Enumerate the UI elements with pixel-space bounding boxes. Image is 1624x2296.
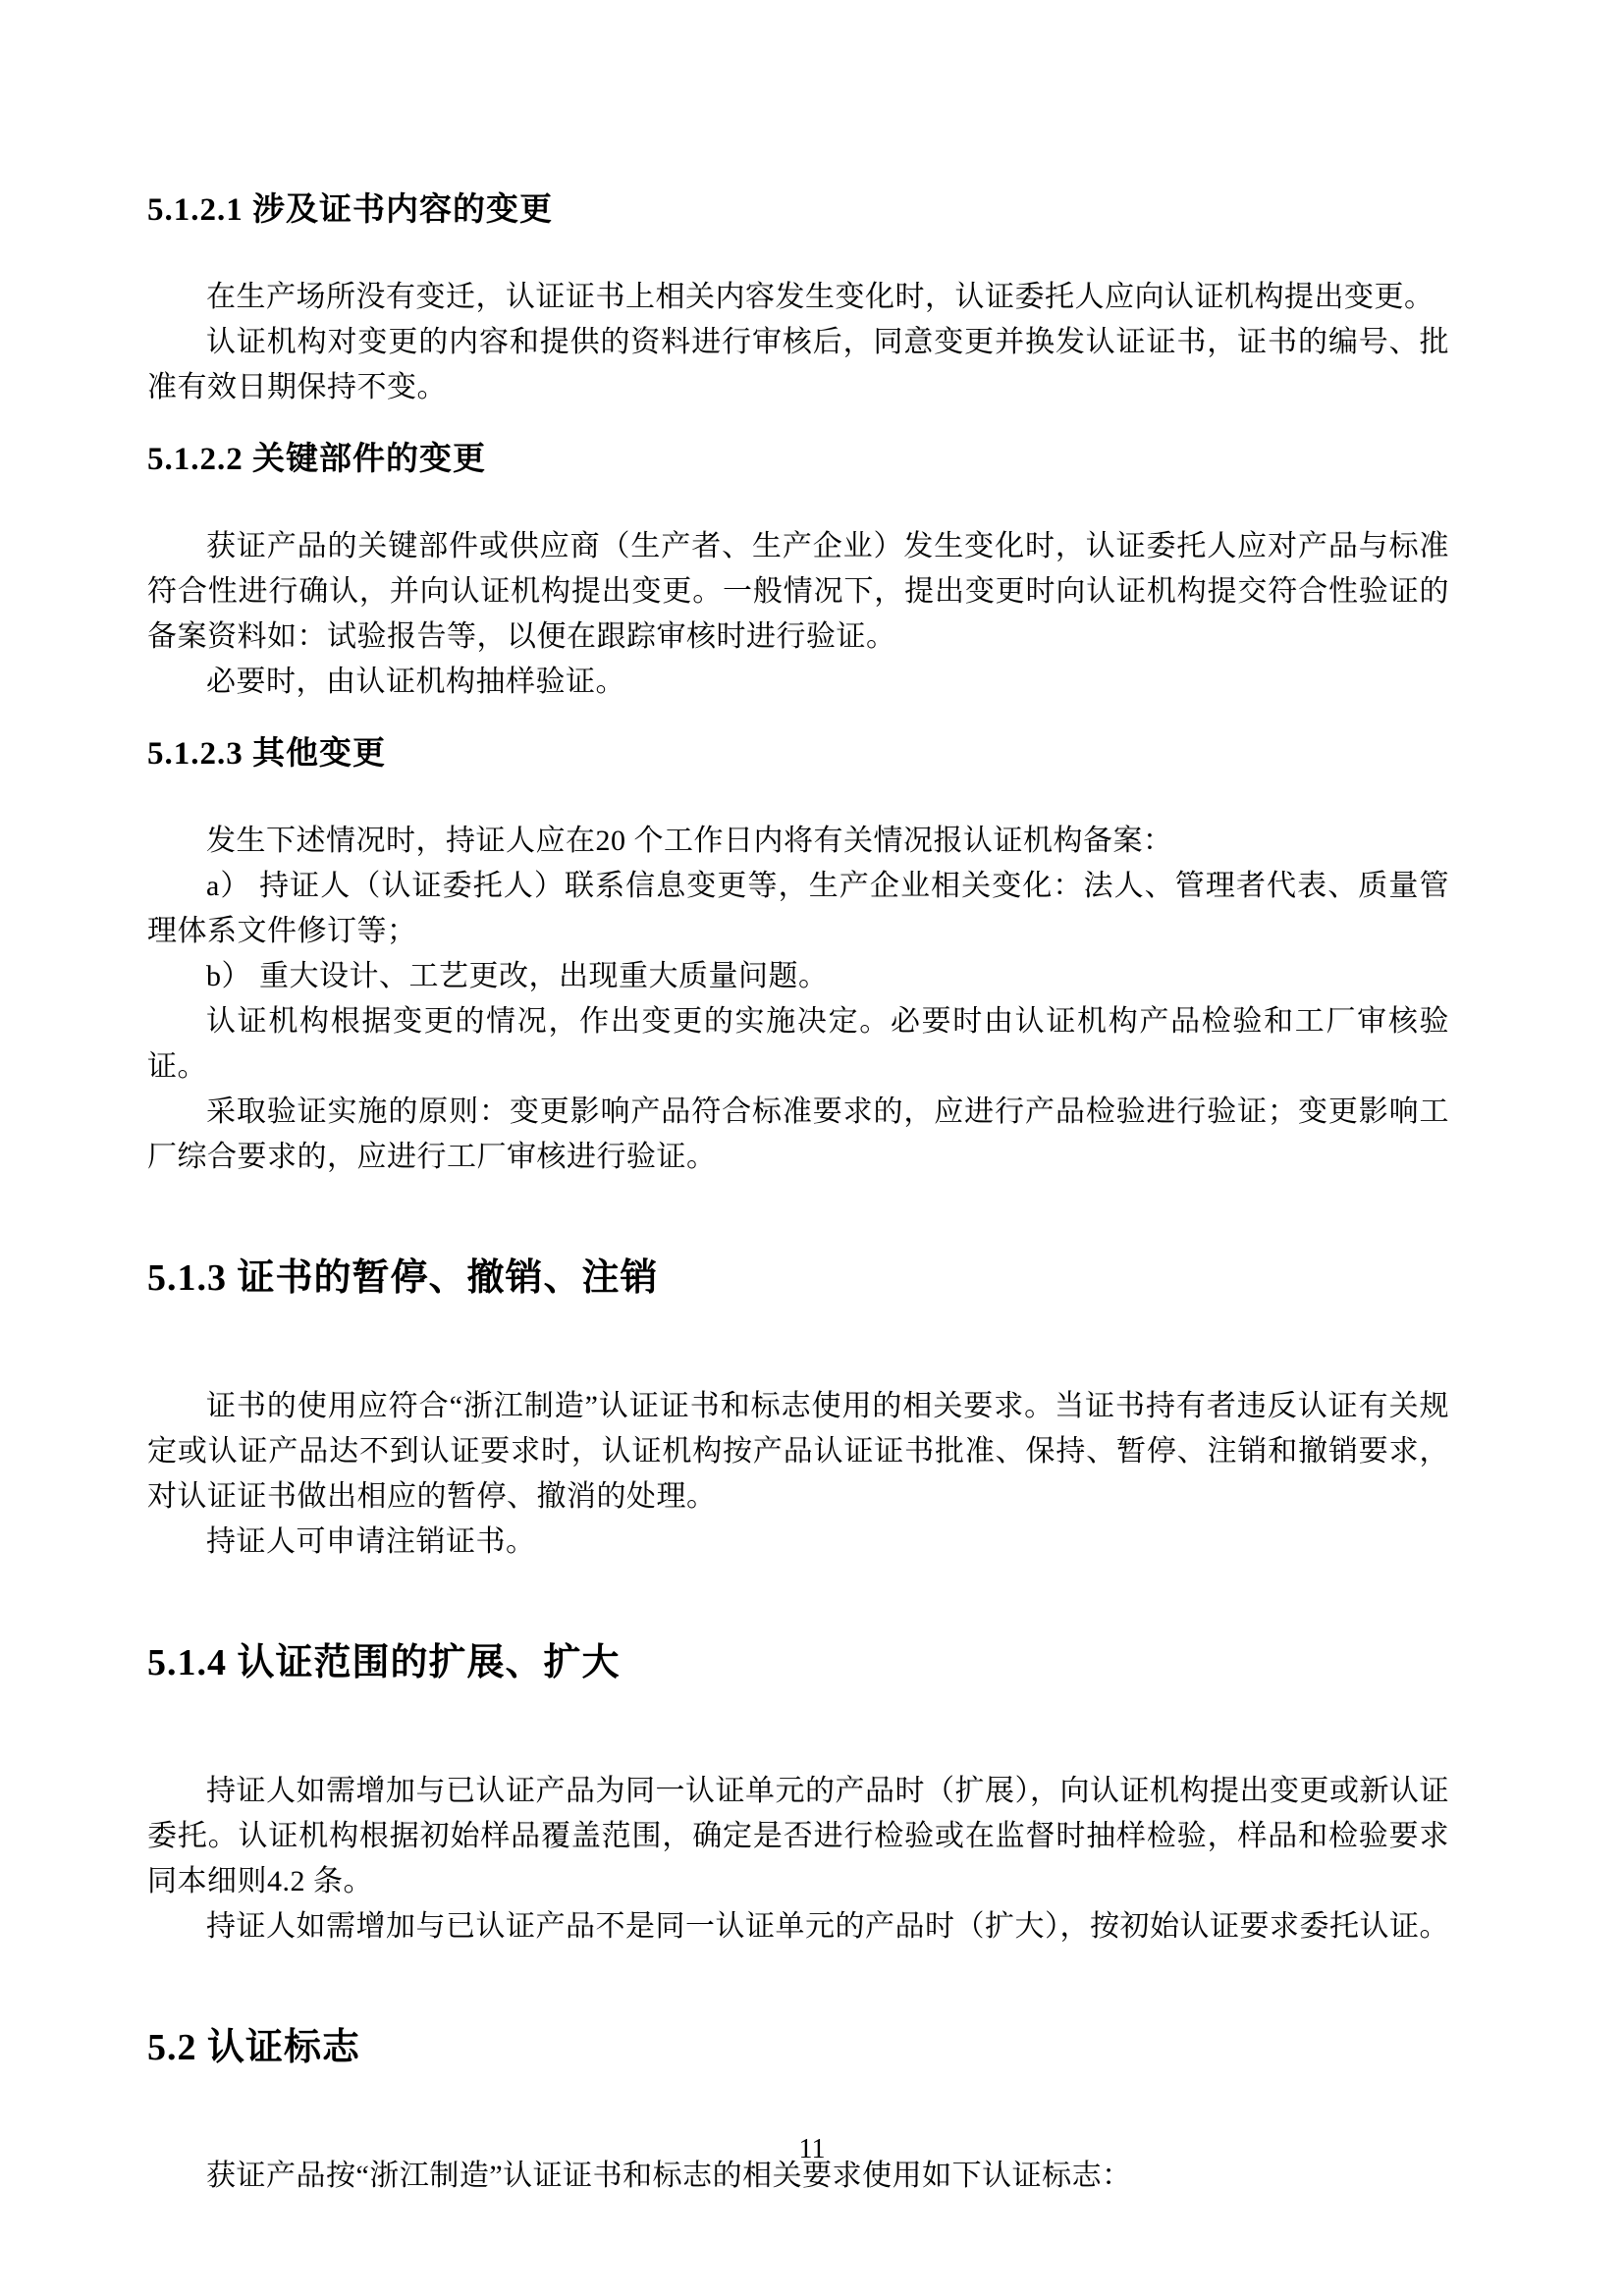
section-heading: 5.1.4 认证范围的扩展、扩大 xyxy=(147,1635,1449,1690)
paragraph: 持证人如需增加与已认证产品不是同一认证单元的产品时（扩大），按初始认证要求委托认… xyxy=(147,1904,1449,1949)
paragraph: 获证产品的关键部件或供应商（生产者、生产企业）发生变化时，认证委托人应对产品与标… xyxy=(147,524,1449,660)
section-heading: 5.1.2.3 其他变更 xyxy=(147,730,1449,777)
section-heading: 5.1.2.1 涉及证书内容的变更 xyxy=(147,187,1449,234)
paragraph: 证书的使用应符合“浙江制造”认证证书和标志使用的相关要求。当证书持有者违反认证有… xyxy=(147,1384,1449,1520)
section-other-changes: 5.1.2.3 其他变更 发生下述情况时，持证人应在20 个工作日内将有关情况报… xyxy=(147,730,1449,1180)
paragraph: 发生下述情况时，持证人应在20 个工作日内将有关情况报认证机构备案： xyxy=(147,819,1449,864)
paragraph: 持证人可申请注销证书。 xyxy=(147,1520,1449,1565)
section-certificate-content-change: 5.1.2.1 涉及证书内容的变更 在生产场所没有变迁，认证证书上相关内容发生变… xyxy=(147,187,1449,410)
paragraph: 必要时，由认证机构抽样验证。 xyxy=(147,660,1449,705)
section-certification-mark: 5.2 认证标志 获证产品按“浙江制造”认证证书和标志的相关要求使用如下认证标志… xyxy=(147,2020,1449,2199)
section-heading: 5.2 认证标志 xyxy=(147,2020,1449,2075)
section-certification-scope-extension: 5.1.4 认证范围的扩展、扩大 持证人如需增加与已认证产品为同一认证单元的产品… xyxy=(147,1635,1449,1949)
paragraph: 在生产场所没有变迁，认证证书上相关内容发生变化时，认证委托人应向认证机构提出变更… xyxy=(147,275,1449,320)
section-certificate-suspend-revoke-cancel: 5.1.3 证书的暂停、撤销、注销 证书的使用应符合“浙江制造”认证证书和标志使… xyxy=(147,1251,1449,1565)
document-page: 5.1.2.1 涉及证书内容的变更 在生产场所没有变迁，认证证书上相关内容发生变… xyxy=(0,0,1624,2296)
paragraph: 持证人如需增加与已认证产品为同一认证单元的产品时（扩展），向认证机构提出变更或新… xyxy=(147,1769,1449,1904)
list-item-a: a） 持证人（认证委托人）联系信息变更等，生产企业相关变化：法人、管理者代表、质… xyxy=(147,864,1449,954)
section-heading: 5.1.2.2 关键部件的变更 xyxy=(147,436,1449,483)
section-heading: 5.1.3 证书的暂停、撤销、注销 xyxy=(147,1251,1449,1306)
paragraph: 认证机构根据变更的情况，作出变更的实施决定。必要时由认证机构产品检验和工厂审核验… xyxy=(147,999,1449,1090)
list-item-b: b） 重大设计、工艺更改，出现重大质量问题。 xyxy=(147,954,1449,999)
paragraph: 采取验证实施的原则：变更影响产品符合标准要求的，应进行产品检验进行验证；变更影响… xyxy=(147,1090,1449,1180)
section-key-component-change: 5.1.2.2 关键部件的变更 获证产品的关键部件或供应商（生产者、生产企业）发… xyxy=(147,436,1449,705)
page-number: 11 xyxy=(0,2135,1624,2164)
paragraph: 认证机构对变更的内容和提供的资料进行审核后，同意变更并换发认证证书，证书的编号、… xyxy=(147,320,1449,410)
